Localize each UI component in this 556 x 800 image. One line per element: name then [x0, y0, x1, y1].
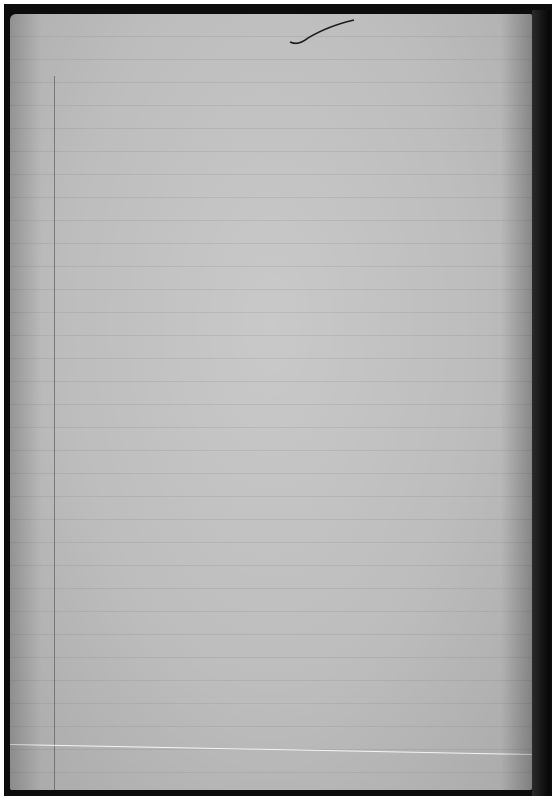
margin-rule: [54, 76, 55, 790]
scan-scratch-line: [10, 744, 532, 755]
book-spine-edge: [532, 10, 550, 796]
ledger-page: [10, 14, 532, 790]
document-frame: [0, 0, 556, 800]
check-mark-icon: [288, 18, 358, 46]
